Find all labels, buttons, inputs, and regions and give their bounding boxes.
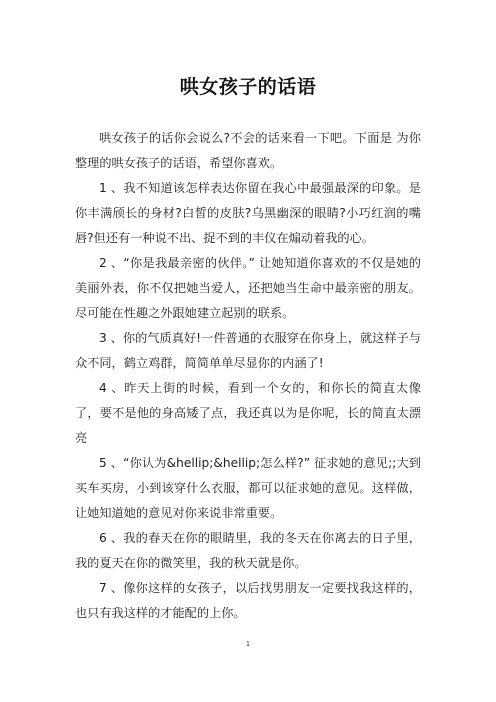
paragraph-item-4: 4 、昨天上街的时候，看到一个女的，和你长的简直太像了，要不是他的身高矮了点，我… xyxy=(75,376,421,451)
intro-paragraph: 哄女孩子的话你会说么?不会的话来看一下吧。下面是 为你整理的哄女孩子的话语，希望… xyxy=(75,126,421,176)
paragraph-item-7: 7 、像你这样的女孩子，以后找男朋友一定要找我这样的，也只有我这样的才能配的上你… xyxy=(75,576,421,626)
document-body: 哄女孩子的话你会说么?不会的话来看一下吧。下面是 为你整理的哄女孩子的话语，希望… xyxy=(75,126,421,626)
paragraph-item-6: 6 、我的春天在你的眼睛里，我的冬天在你离去的日子里，我的夏天在你的微笑里，我的… xyxy=(75,526,421,576)
page-number: 1 xyxy=(0,640,496,648)
paragraph-item-5: 5 、“你认为&hellip;&hellip;怎么样?” 征求她的意见;;大到买… xyxy=(75,451,421,526)
paragraph-item-3: 3 、你的气质真好!一件普通的衣服穿在你身上，就这样子与众不同，鹤立鸡群，简简单… xyxy=(75,326,421,376)
document-page: 哄女孩子的话语 哄女孩子的话你会说么?不会的话来看一下吧。下面是 为你整理的哄女… xyxy=(0,0,496,702)
paragraph-item-2: 2 、“你是我最亲密的伙伴。” 让她知道你喜欢的不仅是她的美丽外表，你不仅把她当… xyxy=(75,251,421,326)
paragraph-item-1: 1 、我不知道该怎样表达你留在我心中最强最深的印象。是你丰满颀长的身材?白皙的皮… xyxy=(75,176,421,251)
document-title: 哄女孩子的话语 xyxy=(0,72,496,99)
